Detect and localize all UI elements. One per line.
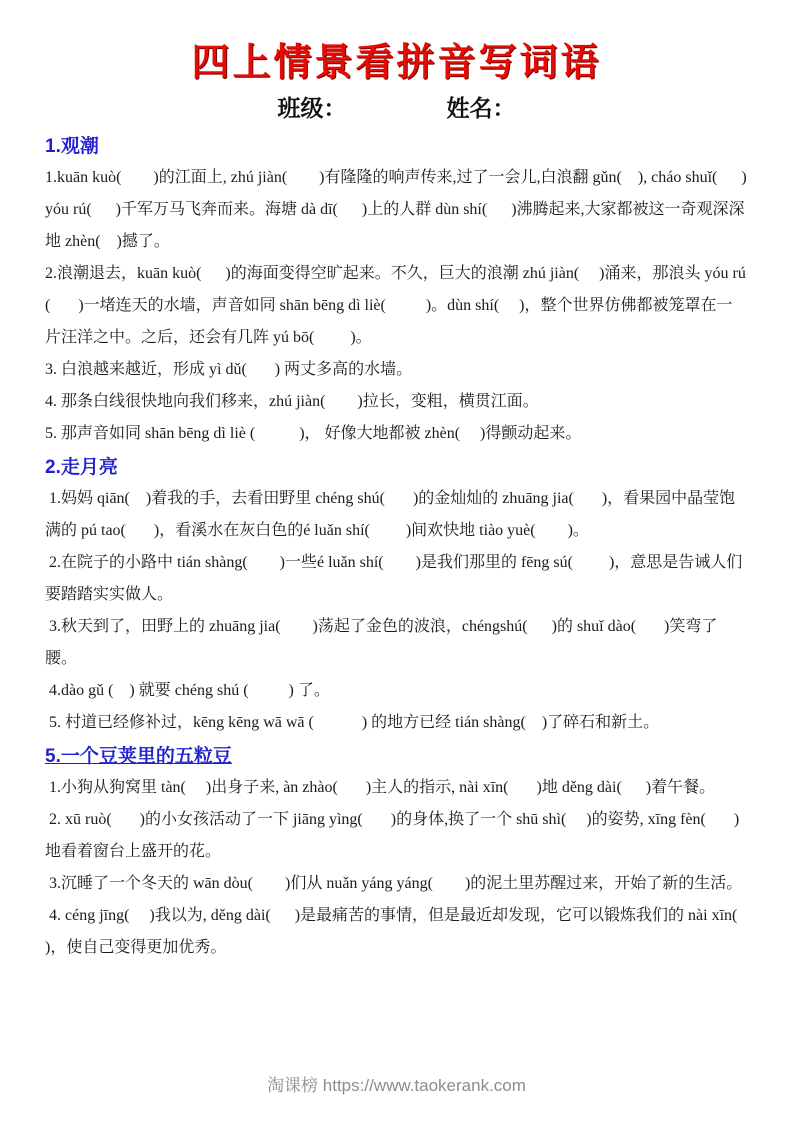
section-zouyueliang: 2.走月亮 1.妈妈 qiān( )着我的手，去看田野里 chéng shú( …: [45, 452, 748, 739]
exercise-item: 3.秋天到了，田野上的 zhuāng jia( )荡起了金色的波浪，chéngs…: [45, 611, 748, 675]
exercise-item: 4. céng jīng( )我以为, děng dài( )是最痛苦的事情，但…: [45, 900, 748, 964]
section-guanchao: 1.观潮 1.kuān kuò( )的江面上, zhú jiàn( )有隆隆的响…: [45, 131, 748, 450]
exercise-item: 5. 村道已经修补过，kēng kēng wā wā ( ) 的地方已经 tiá…: [45, 707, 748, 739]
exercise-item: 2. xū ruò( )的小女孩活动了一下 jiāng yìng( )的身体,换…: [45, 804, 748, 868]
class-field-label: 班级：: [278, 90, 347, 123]
section-heading: 1.观潮: [45, 131, 748, 162]
exercise-item: 3.沉睡了一个冬天的 wān dòu( )们从 nuǎn yáng yáng( …: [45, 868, 748, 900]
exercise-item: 1.妈妈 qiān( )着我的手，去看田野里 chéng shú( )的金灿灿的…: [45, 483, 748, 547]
worksheet-page: 四上情景看拼音写词语 班级： 姓名： 1.观潮 1.kuān kuò( )的江面…: [0, 0, 793, 1122]
exercise-item: 2.在院子的小路中 tián shàng( )一些é luǎn shí( )是我…: [45, 547, 748, 611]
exercise-item: 3. 白浪越来越近，形成 yì dǔ( ) 两丈多高的水墙。: [45, 354, 748, 386]
exercise-item: 2.浪潮退去，kuān kuò( )的海面变得空旷起来。不久，巨大的浪潮 zhú…: [45, 258, 748, 354]
exercise-item: 4.dào gǔ ( ) 就要 chéng shú ( ) 了。: [45, 675, 748, 707]
section-heading: 2.走月亮: [45, 452, 748, 483]
page-title: 四上情景看拼音写词语: [45, 40, 748, 86]
student-info-row: 班级： 姓名：: [45, 90, 748, 123]
exercise-item: 1.小狗从狗窝里 tàn( )出身子来, àn zhào( )主人的指示, nà…: [45, 772, 748, 804]
exercise-item: 4. 那条白线很快地向我们移来，zhú jiàn( )拉长，变粗，横贯江面。: [45, 386, 748, 418]
exercise-item: 5. 那声音如同 shān bēng dì liè ( )， 好像大地都被 zh…: [45, 418, 748, 450]
exercise-item: 1.kuān kuò( )的江面上, zhú jiàn( )有隆隆的响声传来,过…: [45, 162, 748, 258]
watermark-footer: 淘课榜 https://www.taokerank.com: [0, 1071, 793, 1096]
section-heading: 5.一个豆荚里的五粒豆: [45, 741, 748, 772]
section-doujia: 5.一个豆荚里的五粒豆 1.小狗从狗窝里 tàn( )出身子来, àn zhào…: [45, 741, 748, 964]
name-field-label: 姓名：: [447, 90, 516, 123]
